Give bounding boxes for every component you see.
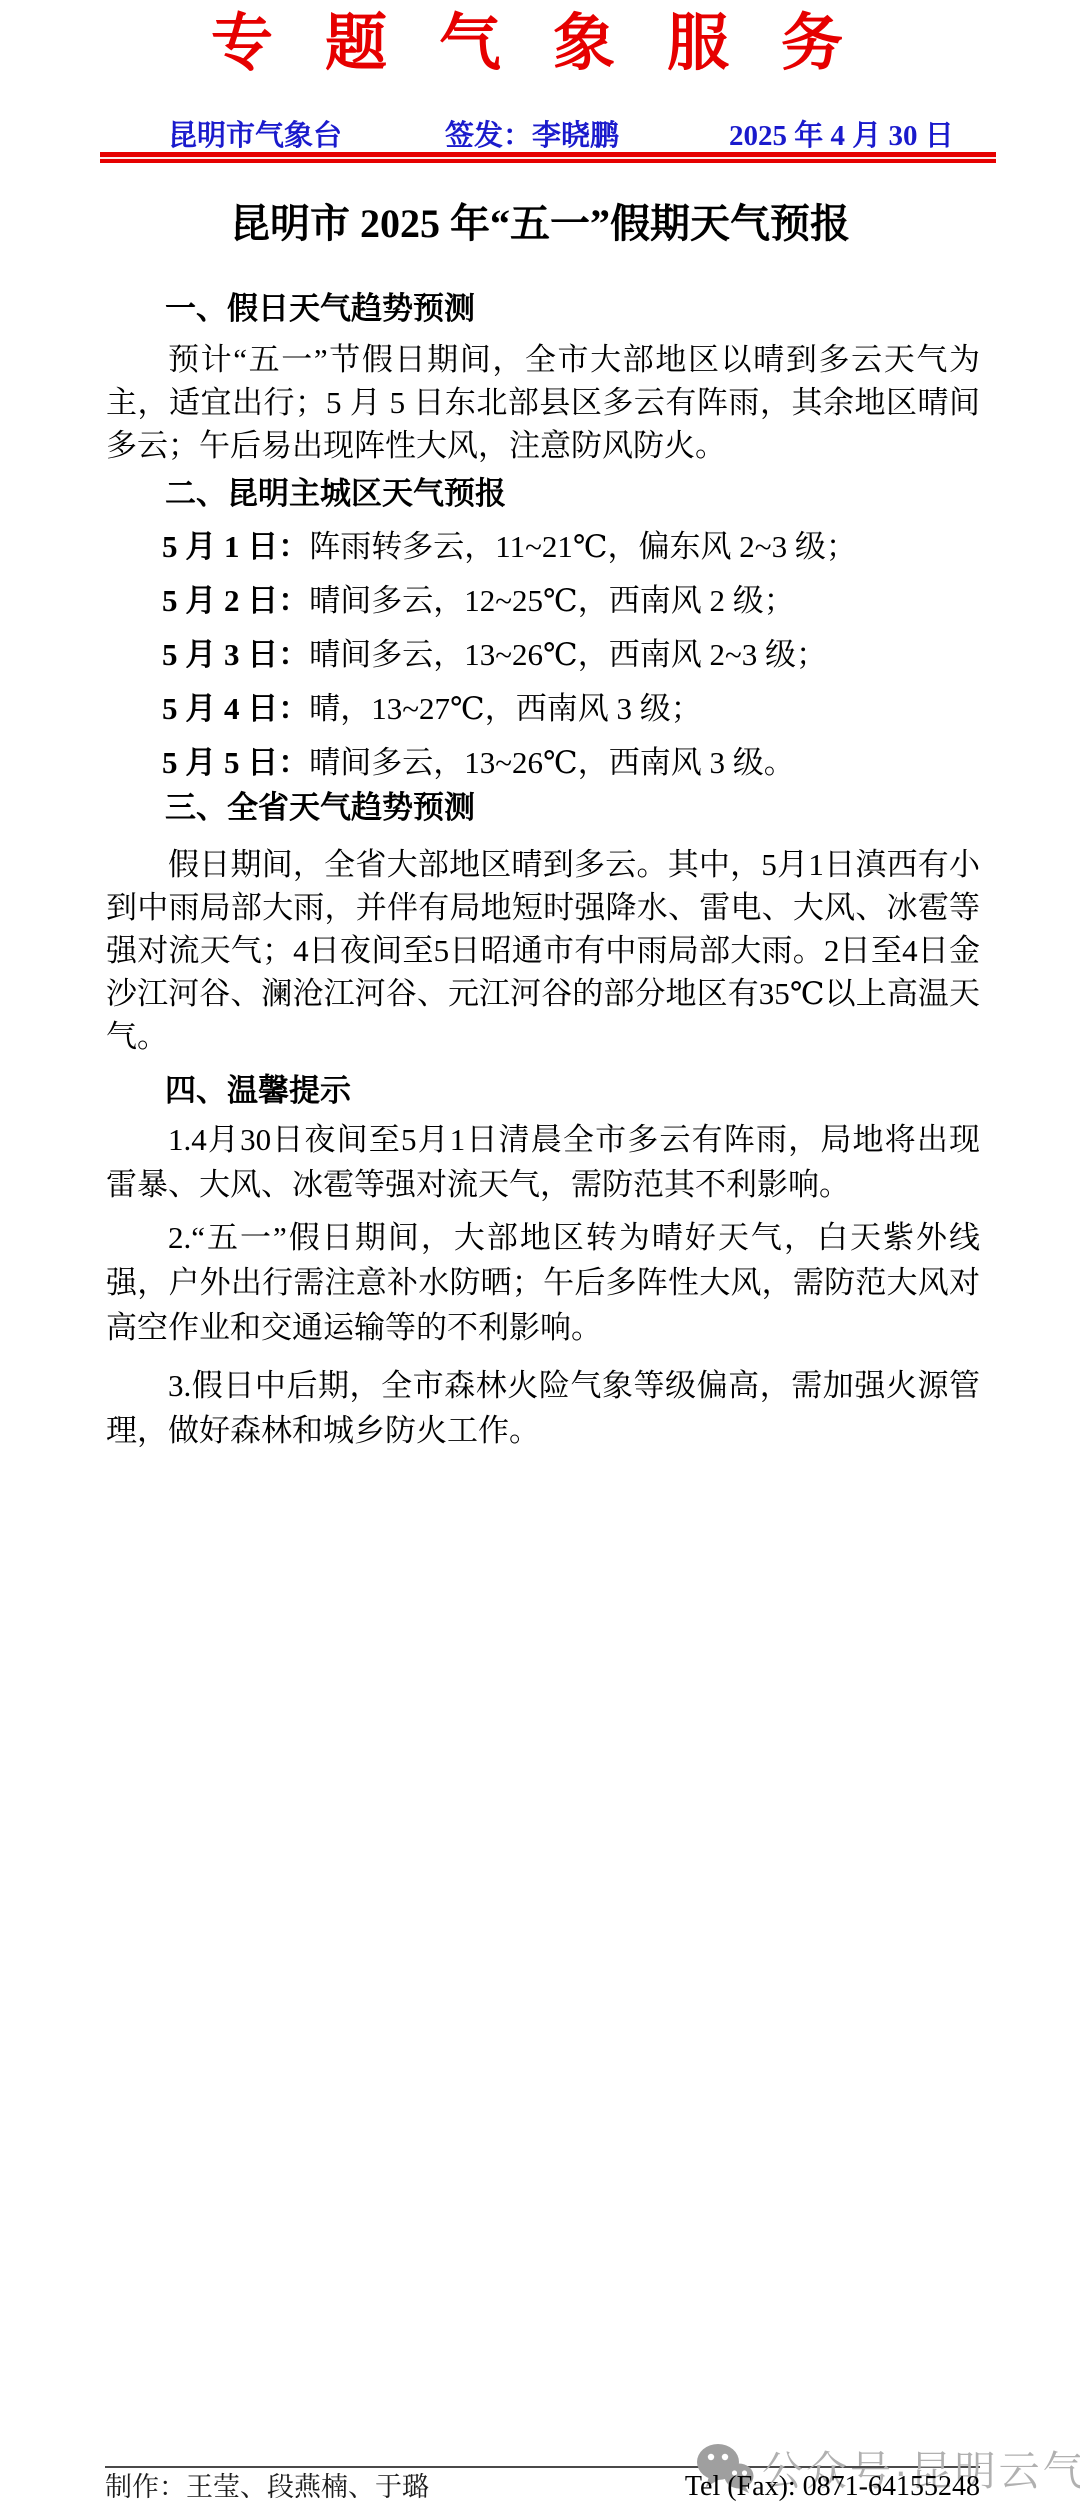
issue-date: 2025 年 4 月 30 日	[729, 120, 954, 152]
document-body: 一、假日天气趋势预测 预计“五一”节假日期间，全市大部地区以晴到多云天气为主，适…	[0, 292, 1080, 1453]
producers-credit: 制作：王莹、段燕楠、于璐	[105, 2471, 429, 2503]
tips-item: 1.4月30日夜间至5月1日清晨全市多云有阵雨，局地将出现雷暴、大风、冰雹等强对…	[106, 1117, 980, 1207]
doc-title: 昆明市 2025 年“五一”假期天气预报	[0, 203, 1080, 245]
section-1-heading: 一、假日天气趋势预测	[106, 292, 980, 326]
forecast-detail: 晴，13~27℃，西南风 3 级；	[309, 691, 701, 726]
masthead-title: 专题气象服务	[0, 0, 1080, 76]
section-3-heading: 三、全省天气趋势预测	[106, 791, 980, 825]
forecast-date: 5 月 4 日：	[162, 691, 309, 726]
forecast-line: 5 月 5 日：晴间多云，13~26℃，西南风 3 级。	[106, 736, 980, 790]
section-3-paragraph: 假日期间，全省大部地区晴到多云。其中，5月1日滇西有小到中雨局部大雨，并伴有局地…	[106, 843, 980, 1058]
tel-fax: Tel (Fax): 0871-64155248	[685, 2471, 980, 2503]
forecast-date: 5 月 1 日：	[162, 529, 309, 564]
forecast-list: 5 月 1 日：阵雨转多云，11~21℃，偏东风 2~3 级； 5 月 2 日：…	[106, 520, 980, 790]
issue-row: 昆明市气象台 签发：李晓鹏 2025 年 4 月 30 日	[0, 120, 1080, 152]
forecast-line: 5 月 2 日：晴间多云，12~25℃，西南风 2 级；	[106, 574, 980, 628]
forecast-date: 5 月 5 日：	[162, 745, 309, 780]
signoff-label: 签发：李晓鹏	[445, 120, 619, 152]
document-page: 专题气象服务 昆明市气象台 签发：李晓鹏 2025 年 4 月 30 日 昆明市…	[0, 0, 1080, 2504]
forecast-line: 5 月 1 日：阵雨转多云，11~21℃，偏东风 2~3 级；	[106, 520, 980, 574]
forecast-line: 5 月 3 日：晴间多云，13~26℃，西南风 2~3 级；	[106, 628, 980, 682]
section-1-paragraph: 预计“五一”节假日期间，全市大部地区以晴到多云天气为主，适宜出行；5 月 5 日…	[106, 338, 980, 467]
forecast-detail: 晴间多云，13~26℃，西南风 3 级。	[309, 745, 794, 780]
forecast-date: 5 月 2 日：	[162, 583, 309, 618]
red-header-divider	[100, 152, 996, 163]
forecast-detail: 晴间多云，13~26℃，西南风 2~3 级；	[309, 637, 827, 672]
forecast-detail: 阵雨转多云，11~21℃，偏东风 2~3 级；	[309, 529, 857, 564]
forecast-date: 5 月 3 日：	[162, 637, 309, 672]
tips-item: 2.“五一”假日期间，大部地区转为晴好天气，白天紫外线强，户外出行需注意补水防晒…	[106, 1215, 980, 1350]
section-2-heading: 二、昆明主城区天气预报	[106, 477, 980, 511]
forecast-line: 5 月 4 日：晴，13~27℃，西南风 3 级；	[106, 682, 980, 736]
forecast-detail: 晴间多云，12~25℃，西南风 2 级；	[309, 583, 794, 618]
tips-item: 3.假日中后期，全市森林火险气象等级偏高，需加强火源管理，做好森林和城乡防火工作…	[106, 1363, 980, 1453]
agency-name: 昆明市气象台	[168, 120, 342, 152]
section-4-heading: 四、温馨提示	[106, 1074, 980, 1108]
